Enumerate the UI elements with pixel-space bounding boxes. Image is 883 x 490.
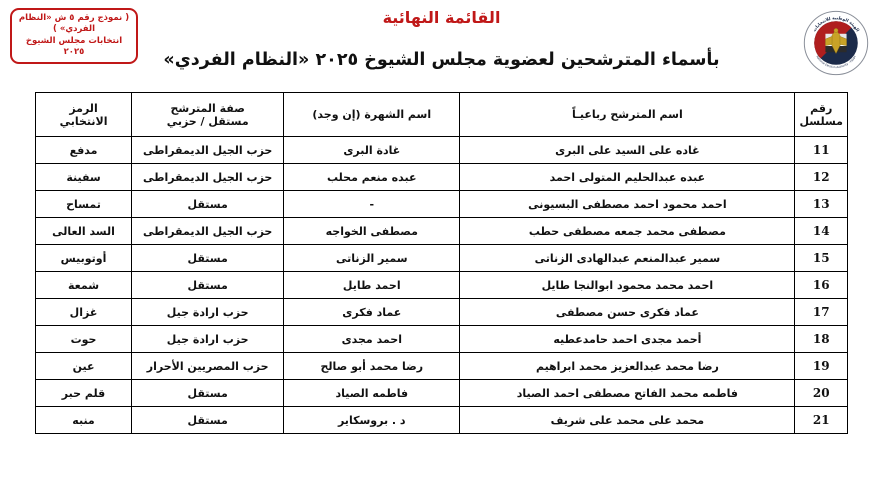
cell-symbol: عين [36, 353, 132, 380]
cell-nickname: فاطمه الصياد [284, 380, 460, 407]
header-name: اسم المترشح رباعيـاً [460, 93, 795, 137]
cell-serial: 19 [795, 353, 848, 380]
cell-serial: 17 [795, 299, 848, 326]
cell-capacity: مستقل [132, 380, 284, 407]
cell-nickname: غادة البرى [284, 137, 460, 164]
cell-serial: 18 [795, 326, 848, 353]
cell-name: محمد على محمد على شريف [460, 407, 795, 434]
cell-name: مصطفى محمد جمعه مصطفى حطب [460, 218, 795, 245]
cell-symbol: مدفع [36, 137, 132, 164]
cell-nickname: مصطفى الخواجه [284, 218, 460, 245]
cell-capacity: حزب ارادة جيل [132, 299, 284, 326]
cell-nickname: سمير الزناتى [284, 245, 460, 272]
cell-serial: 11 [795, 137, 848, 164]
page-title: القائمة النهائية [0, 8, 883, 27]
candidates-table: رقم مسلسل اسم المترشح رباعيـاً اسم الشهر… [35, 92, 848, 434]
cell-capacity: مستقل [132, 407, 284, 434]
table-row: 19رضا محمد عبدالعزيز محمد ابراهيمرضا محم… [36, 353, 848, 380]
cell-symbol: أوتوبيس [36, 245, 132, 272]
cell-capacity: حزب ارادة جيل [132, 326, 284, 353]
cell-name: احمد محمود احمد مصطفى البسيونى [460, 191, 795, 218]
header-serial: رقم مسلسل [795, 93, 848, 137]
cell-name: عماد فكرى حسن مصطفى [460, 299, 795, 326]
table-row: 18أحمد مجدى احمد حامدعطيهاحمد مجدىحزب ار… [36, 326, 848, 353]
national-elections-authority-emblem-icon: الهيئة الوطنية للانتخابات National Elect… [803, 10, 869, 76]
cell-capacity: مستقل [132, 272, 284, 299]
cell-symbol: منبه [36, 407, 132, 434]
cell-name: رضا محمد عبدالعزيز محمد ابراهيم [460, 353, 795, 380]
cell-capacity: حزب الجيل الديمقراطى [132, 137, 284, 164]
cell-serial: 13 [795, 191, 848, 218]
cell-nickname: د . بروسكاير [284, 407, 460, 434]
table-body: 11غاده على السيد على البرىغادة البرىحزب … [36, 137, 848, 434]
cell-symbol: السد العالى [36, 218, 132, 245]
cell-nickname: احمد مجدى [284, 326, 460, 353]
table-row: 20فاطمه محمد الفاتح مصطفى احمد الصيادفاط… [36, 380, 848, 407]
cell-name: احمد محمد محمود ابوالنجا طايل [460, 272, 795, 299]
cell-nickname: رضا محمد أبو صالح [284, 353, 460, 380]
page-header: ( نموذج رقم ٥ ش «النظام الفردي» ) انتخاب… [0, 0, 883, 90]
cell-serial: 12 [795, 164, 848, 191]
cell-nickname: احمد طايل [284, 272, 460, 299]
cell-name: عبده عبدالحليم المتولى احمد [460, 164, 795, 191]
cell-symbol: حوت [36, 326, 132, 353]
cell-nickname: عبده منعم محلب [284, 164, 460, 191]
table-row: 17عماد فكرى حسن مصطفىعماد فكرىحزب ارادة … [36, 299, 848, 326]
header-capacity: صفة المترشح مستقل / حزبي [132, 93, 284, 137]
cell-capacity: حزب المصريين الأحرار [132, 353, 284, 380]
cell-capacity: مستقل [132, 191, 284, 218]
cell-serial: 20 [795, 380, 848, 407]
cell-name: فاطمه محمد الفاتح مصطفى احمد الصياد [460, 380, 795, 407]
cell-capacity: حزب الجيل الديمقراطى [132, 218, 284, 245]
table-row: 11غاده على السيد على البرىغادة البرىحزب … [36, 137, 848, 164]
cell-serial: 15 [795, 245, 848, 272]
header-nickname: اسم الشهرة (إن وجد) [284, 93, 460, 137]
table-row: 16احمد محمد محمود ابوالنجا طايلاحمد طايل… [36, 272, 848, 299]
cell-name: أحمد مجدى احمد حامدعطيه [460, 326, 795, 353]
page-subtitle: بأسماء المترشحين لعضوية مجلس الشيوخ ٢٠٢٥… [0, 50, 883, 70]
cell-symbol: قلم حبر [36, 380, 132, 407]
cell-symbol: شمعة [36, 272, 132, 299]
cell-name: غاده على السيد على البرى [460, 137, 795, 164]
candidates-table-container: رقم مسلسل اسم المترشح رباعيـاً اسم الشهر… [35, 92, 848, 434]
cell-capacity: مستقل [132, 245, 284, 272]
cell-symbol: سفينة [36, 164, 132, 191]
table-row: 21محمد على محمد على شريفد . بروسكايرمستق… [36, 407, 848, 434]
cell-capacity: حزب الجيل الديمقراطى [132, 164, 284, 191]
cell-symbol: تمساح [36, 191, 132, 218]
cell-nickname: - [284, 191, 460, 218]
cell-serial: 14 [795, 218, 848, 245]
cell-symbol: غزال [36, 299, 132, 326]
table-header-row: رقم مسلسل اسم المترشح رباعيـاً اسم الشهر… [36, 93, 848, 137]
cell-nickname: عماد فكرى [284, 299, 460, 326]
table-row: 14مصطفى محمد جمعه مصطفى حطبمصطفى الخواجه… [36, 218, 848, 245]
header-symbol: الرمز الانتخابي [36, 93, 132, 137]
cell-name: سمير عبدالمنعم عبدالهادى الزناتى [460, 245, 795, 272]
cell-serial: 21 [795, 407, 848, 434]
table-row: 13احمد محمود احمد مصطفى البسيونى-مستقلتم… [36, 191, 848, 218]
table-row: 15سمير عبدالمنعم عبدالهادى الزناتىسمير ا… [36, 245, 848, 272]
cell-serial: 16 [795, 272, 848, 299]
table-row: 12عبده عبدالحليم المتولى احمدعبده منعم م… [36, 164, 848, 191]
